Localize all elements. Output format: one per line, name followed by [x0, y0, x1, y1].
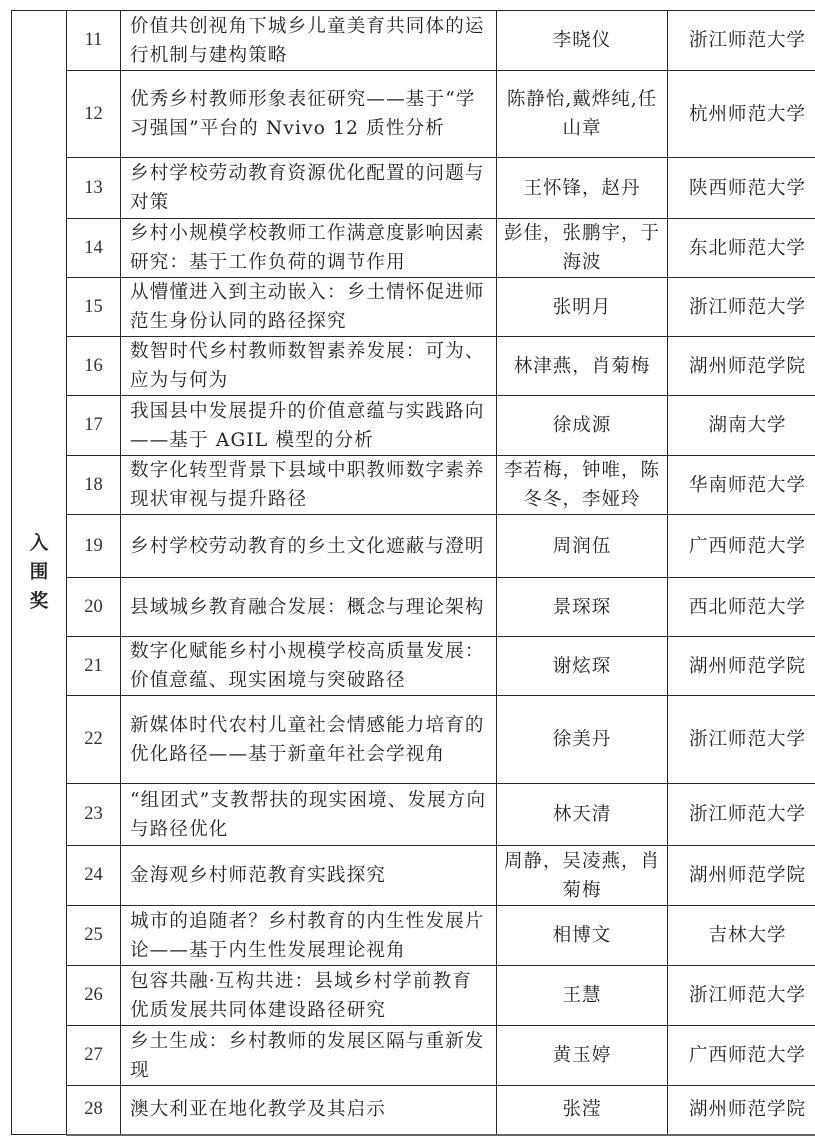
paper-title: 乡村学校劳动教育的乡土文化遮蔽与澄明	[121, 515, 497, 578]
paper-institution: 广西师范大学	[668, 515, 815, 578]
entry-number: 13	[67, 158, 121, 219]
paper-institution: 陕西师范大学	[668, 158, 815, 219]
paper-title: 乡村学校劳动教育资源优化配置的问题与对策	[121, 158, 497, 219]
paper-institution: 广西师范大学	[668, 1026, 815, 1086]
paper-institution: 湖州师范学院	[668, 846, 815, 906]
paper-institution: 湖南大学	[668, 396, 815, 456]
paper-authors: 周静，吴凌燕，肖菊梅	[497, 846, 668, 906]
paper-title: 数字化转型背景下县域中职教师数字素养现状审视与提升路径	[121, 456, 497, 515]
award-category-text: 入围奖	[12, 529, 66, 616]
table-row: 19 乡村学校劳动教育的乡土文化遮蔽与澄明 周润伍 广西师范大学	[12, 515, 815, 578]
table-row: 15 从懵懂进入到主动嵌入：乡土情怀促进师范生身份认同的路径探究 张明月 浙江师…	[12, 278, 815, 337]
paper-title: 优秀乡村教师形象表征研究——基于“学习强国”平台的 Nvivo 12 质性分析	[121, 71, 497, 158]
table-row: 23 “组团式”支教帮扶的现实困境、发展方向与路径优化 林天清 浙江师范大学	[12, 784, 815, 846]
paper-title: 包容共融·互构共进：县域乡村学前教育优质发展共同体建设路径研究	[121, 966, 497, 1026]
paper-title: 数智时代乡村教师数智素养发展：可为、应为与何为	[121, 337, 497, 396]
paper-authors: 林天清	[497, 784, 668, 846]
paper-authors: 相博文	[497, 906, 668, 966]
paper-institution: 杭州师范大学	[668, 71, 815, 158]
entry-number: 20	[67, 578, 121, 637]
paper-authors: 彭佳，张鹏宇，于海波	[497, 219, 668, 278]
paper-authors: 李若梅，钟唯，陈冬冬，李娅玲	[497, 456, 668, 515]
paper-institution: 湖州师范学院	[668, 637, 815, 696]
award-table: 入围奖 11 价值共创视角下城乡儿童美育共同体的运行机制与建构策略 李晓仪 浙江…	[11, 10, 815, 1136]
paper-authors: 王怀锋，赵丹	[497, 158, 668, 219]
paper-title: “组团式”支教帮扶的现实困境、发展方向与路径优化	[121, 784, 497, 846]
paper-authors: 张明月	[497, 278, 668, 337]
category-char: 入	[12, 529, 66, 558]
paper-authors: 张滢	[497, 1086, 668, 1135]
paper-title: 新媒体时代农村儿童社会情感能力培育的优化路径——基于新童年社会学视角	[121, 696, 497, 784]
paper-institution: 浙江师范大学	[668, 784, 815, 846]
paper-authors: 林津燕，肖菊梅	[497, 337, 668, 396]
paper-authors: 周润伍	[497, 515, 668, 578]
paper-title: 我国县中发展提升的价值意蕴与实践路向——基于 AGIL 模型的分析	[121, 396, 497, 456]
entry-number: 28	[67, 1086, 121, 1135]
paper-authors: 景琛琛	[497, 578, 668, 637]
paper-institution: 浙江师范大学	[668, 966, 815, 1026]
category-char: 围	[12, 558, 66, 587]
table-row: 13 乡村学校劳动教育资源优化配置的问题与对策 王怀锋，赵丹 陕西师范大学	[12, 158, 815, 219]
paper-institution: 浙江师范大学	[668, 11, 815, 71]
table-row: 22 新媒体时代农村儿童社会情感能力培育的优化路径——基于新童年社会学视角 徐美…	[12, 696, 815, 784]
paper-institution: 湖州师范学院	[668, 337, 815, 396]
entry-number: 24	[67, 846, 121, 906]
entry-number: 11	[67, 11, 121, 71]
table-row: 26 包容共融·互构共进：县域乡村学前教育优质发展共同体建设路径研究 王慧 浙江…	[12, 966, 815, 1026]
entry-number: 19	[67, 515, 121, 578]
paper-title: 数字化赋能乡村小规模学校高质量发展：价值意蕴、现实困境与突破路径	[121, 637, 497, 696]
award-category-label: 入围奖	[12, 11, 67, 1135]
paper-institution: 浙江师范大学	[668, 696, 815, 784]
paper-title: 从懵懂进入到主动嵌入：乡土情怀促进师范生身份认同的路径探究	[121, 278, 497, 337]
table-row: 28 澳大利亚在地化教学及其启示 张滢 湖州师范学院	[12, 1086, 815, 1135]
entry-number: 23	[67, 784, 121, 846]
table-row: 21 数字化赋能乡村小规模学校高质量发展：价值意蕴、现实困境与突破路径 谢炫琛 …	[12, 637, 815, 696]
paper-authors: 陈静怡,戴烨纯,任山章	[497, 71, 668, 158]
paper-authors: 黄玉婷	[497, 1026, 668, 1086]
paper-title: 金海观乡村师范教育实践探究	[121, 846, 497, 906]
paper-authors: 徐美丹	[497, 696, 668, 784]
paper-title: 县域城乡教育融合发展：概念与理论架构	[121, 578, 497, 637]
table-row: 17 我国县中发展提升的价值意蕴与实践路向——基于 AGIL 模型的分析 徐成源…	[12, 396, 815, 456]
paper-institution: 吉林大学	[668, 906, 815, 966]
paper-title: 乡村小规模学校教师工作满意度影响因素研究：基于工作负荷的调节作用	[121, 219, 497, 278]
table-row: 12 优秀乡村教师形象表征研究——基于“学习强国”平台的 Nvivo 12 质性…	[12, 71, 815, 158]
paper-authors: 王慧	[497, 966, 668, 1026]
entry-number: 16	[67, 337, 121, 396]
table-row: 16 数智时代乡村教师数智素养发展：可为、应为与何为 林津燕，肖菊梅 湖州师范学…	[12, 337, 815, 396]
paper-title: 乡土生成：乡村教师的发展区隔与重新发现	[121, 1026, 497, 1086]
entry-number: 25	[67, 906, 121, 966]
paper-institution: 西北师范大学	[668, 578, 815, 637]
category-char: 奖	[12, 587, 66, 616]
paper-authors: 李晓仪	[497, 11, 668, 71]
entry-number: 27	[67, 1026, 121, 1086]
paper-authors: 谢炫琛	[497, 637, 668, 696]
entry-number: 18	[67, 456, 121, 515]
paper-title: 城市的追随者？乡村教育的内生性发展片论——基于内生性发展理论视角	[121, 906, 497, 966]
paper-institution: 浙江师范大学	[668, 278, 815, 337]
paper-institution: 华南师范大学	[668, 456, 815, 515]
award-table-body: 入围奖 11 价值共创视角下城乡儿童美育共同体的运行机制与建构策略 李晓仪 浙江…	[12, 11, 815, 1135]
entry-number: 17	[67, 396, 121, 456]
entry-number: 15	[67, 278, 121, 337]
table-row: 20 县域城乡教育融合发展：概念与理论架构 景琛琛 西北师范大学	[12, 578, 815, 637]
paper-title: 澳大利亚在地化教学及其启示	[121, 1086, 497, 1135]
table-row: 27 乡土生成：乡村教师的发展区隔与重新发现 黄玉婷 广西师范大学	[12, 1026, 815, 1086]
entry-number: 26	[67, 966, 121, 1026]
paper-institution: 东北师范大学	[668, 219, 815, 278]
entry-number: 12	[67, 71, 121, 158]
table-row: 14 乡村小规模学校教师工作满意度影响因素研究：基于工作负荷的调节作用 彭佳，张…	[12, 219, 815, 278]
table-row: 入围奖 11 价值共创视角下城乡儿童美育共同体的运行机制与建构策略 李晓仪 浙江…	[12, 11, 815, 71]
entry-number: 22	[67, 696, 121, 784]
paper-authors: 徐成源	[497, 396, 668, 456]
table-row: 24 金海观乡村师范教育实践探究 周静，吴凌燕，肖菊梅 湖州师范学院	[12, 846, 815, 906]
entry-number: 14	[67, 219, 121, 278]
table-row: 18 数字化转型背景下县域中职教师数字素养现状审视与提升路径 李若梅，钟唯，陈冬…	[12, 456, 815, 515]
table-row: 25 城市的追随者？乡村教育的内生性发展片论——基于内生性发展理论视角 相博文 …	[12, 906, 815, 966]
paper-institution: 湖州师范学院	[668, 1086, 815, 1135]
paper-title: 价值共创视角下城乡儿童美育共同体的运行机制与建构策略	[121, 11, 497, 71]
entry-number: 21	[67, 637, 121, 696]
